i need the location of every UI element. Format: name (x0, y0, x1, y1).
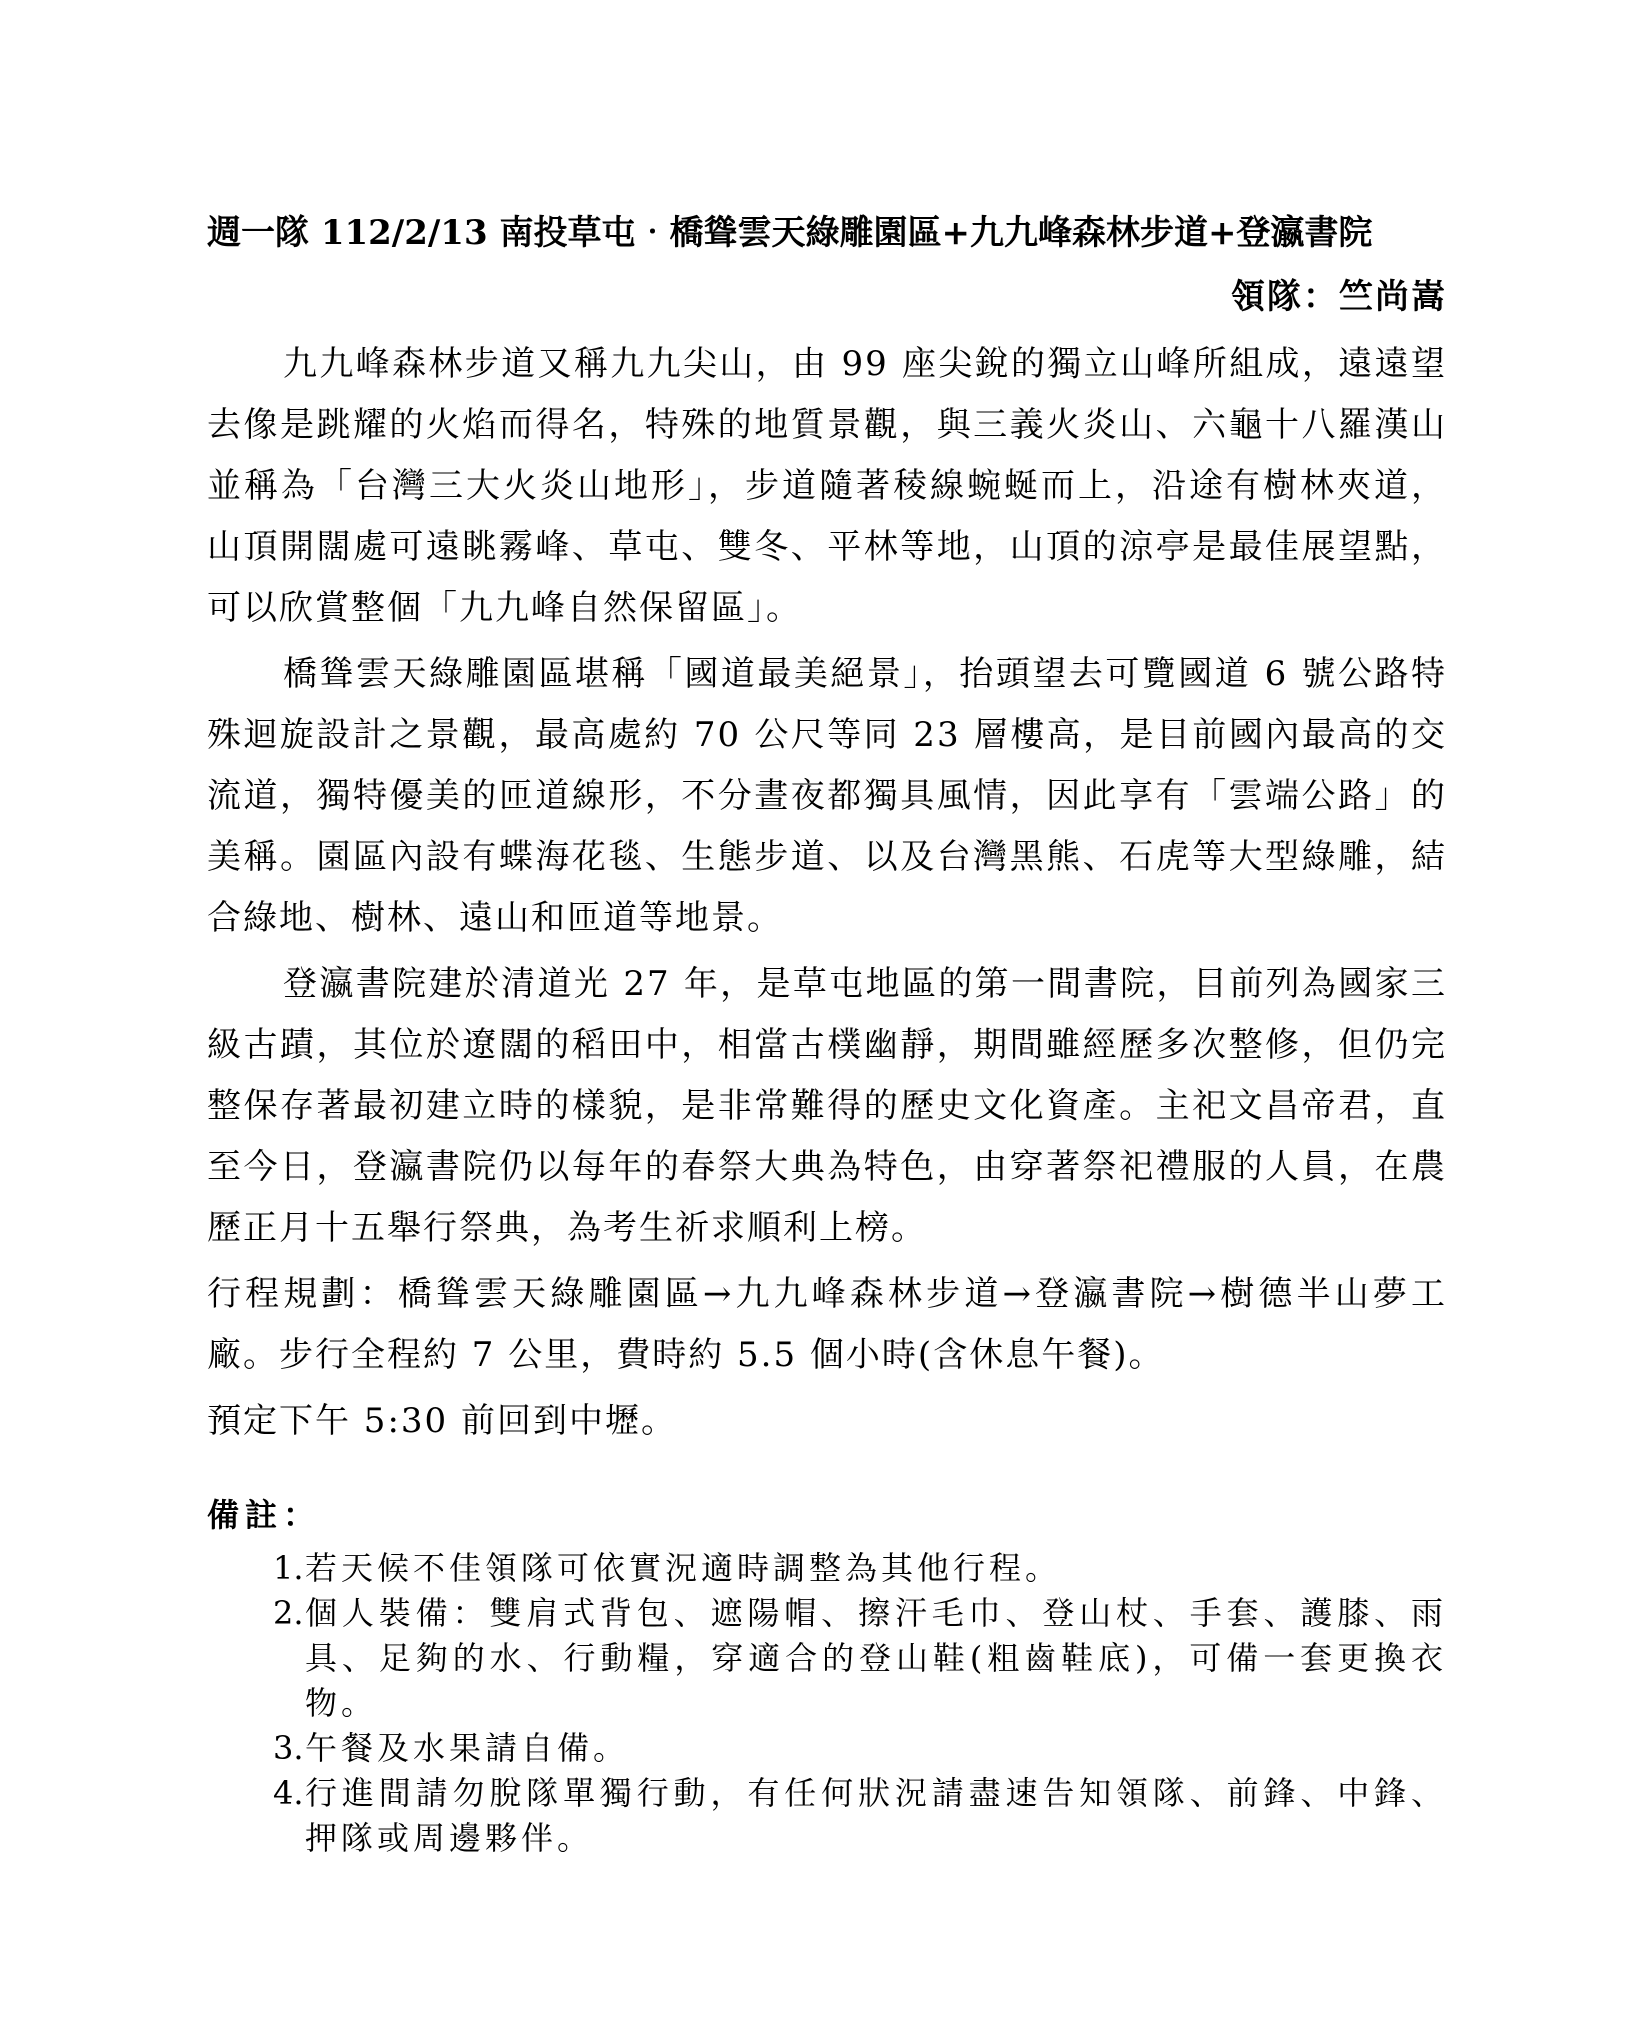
note-number: 1. (273, 1546, 305, 1591)
note-item: 4. 行進間請勿脫隊單獨行動，有任何狀況請盡速告知領隊、前鋒、中鋒、押隊或周邊夥… (273, 1771, 1447, 1861)
note-item: 2. 個人裝備：雙肩式背包、遮陽帽、擦汗毛巾、登山杖、手套、護膝、雨具、足夠的水… (273, 1591, 1447, 1726)
notes-list: 1. 若天候不佳領隊可依實況適時調整為其他行程。 2. 個人裝備：雙肩式背包、遮… (207, 1546, 1447, 1861)
notes-heading: 備註： (207, 1490, 1447, 1540)
paragraph-dengying-academy: 登瀛書院建於清道光 27 年，是草屯地區的第一間書院，目前列為國家三級古蹟，其位… (207, 954, 1447, 1259)
document-page: 週一隊 112/2/13 南投草屯‧橋聳雲天綠雕園區+九九峰森林步道+登瀛書院 … (207, 208, 1447, 1861)
note-text: 午餐及水果請自備。 (305, 1726, 1447, 1771)
note-number: 2. (273, 1591, 305, 1726)
note-number: 3. (273, 1726, 305, 1771)
note-item: 1. 若天候不佳領隊可依實況適時調整為其他行程。 (273, 1546, 1447, 1591)
paragraph-jiujiufeng-trail: 九九峰森林步道又稱九九尖山，由 99 座尖銳的獨立山峰所組成，遠遠望去像是跳耀的… (207, 334, 1447, 639)
itinerary-plan: 行程規劃：橋聳雲天綠雕園區→九九峰森林步道→登瀛書院→樹德半山夢工廠。步行全程約… (207, 1264, 1447, 1386)
team-leader: 領隊：竺尚嵩 (207, 272, 1447, 322)
note-number: 4. (273, 1771, 305, 1861)
return-time: 預定下午 5:30 前回到中壢。 (207, 1391, 1447, 1452)
note-text: 行進間請勿脫隊單獨行動，有任何狀況請盡速告知領隊、前鋒、中鋒、押隊或周邊夥伴。 (305, 1771, 1447, 1861)
note-text: 若天候不佳領隊可依實況適時調整為其他行程。 (305, 1546, 1447, 1591)
note-item: 3. 午餐及水果請自備。 (273, 1726, 1447, 1771)
note-text: 個人裝備：雙肩式背包、遮陽帽、擦汗毛巾、登山杖、手套、護膝、雨具、足夠的水、行動… (305, 1591, 1447, 1726)
paragraph-green-sculpture-park: 橋聳雲天綠雕園區堪稱「國道最美絕景」，抬頭望去可覽國道 6 號公路特殊迴旋設計之… (207, 644, 1447, 949)
document-title: 週一隊 112/2/13 南投草屯‧橋聳雲天綠雕園區+九九峰森林步道+登瀛書院 (207, 208, 1447, 258)
